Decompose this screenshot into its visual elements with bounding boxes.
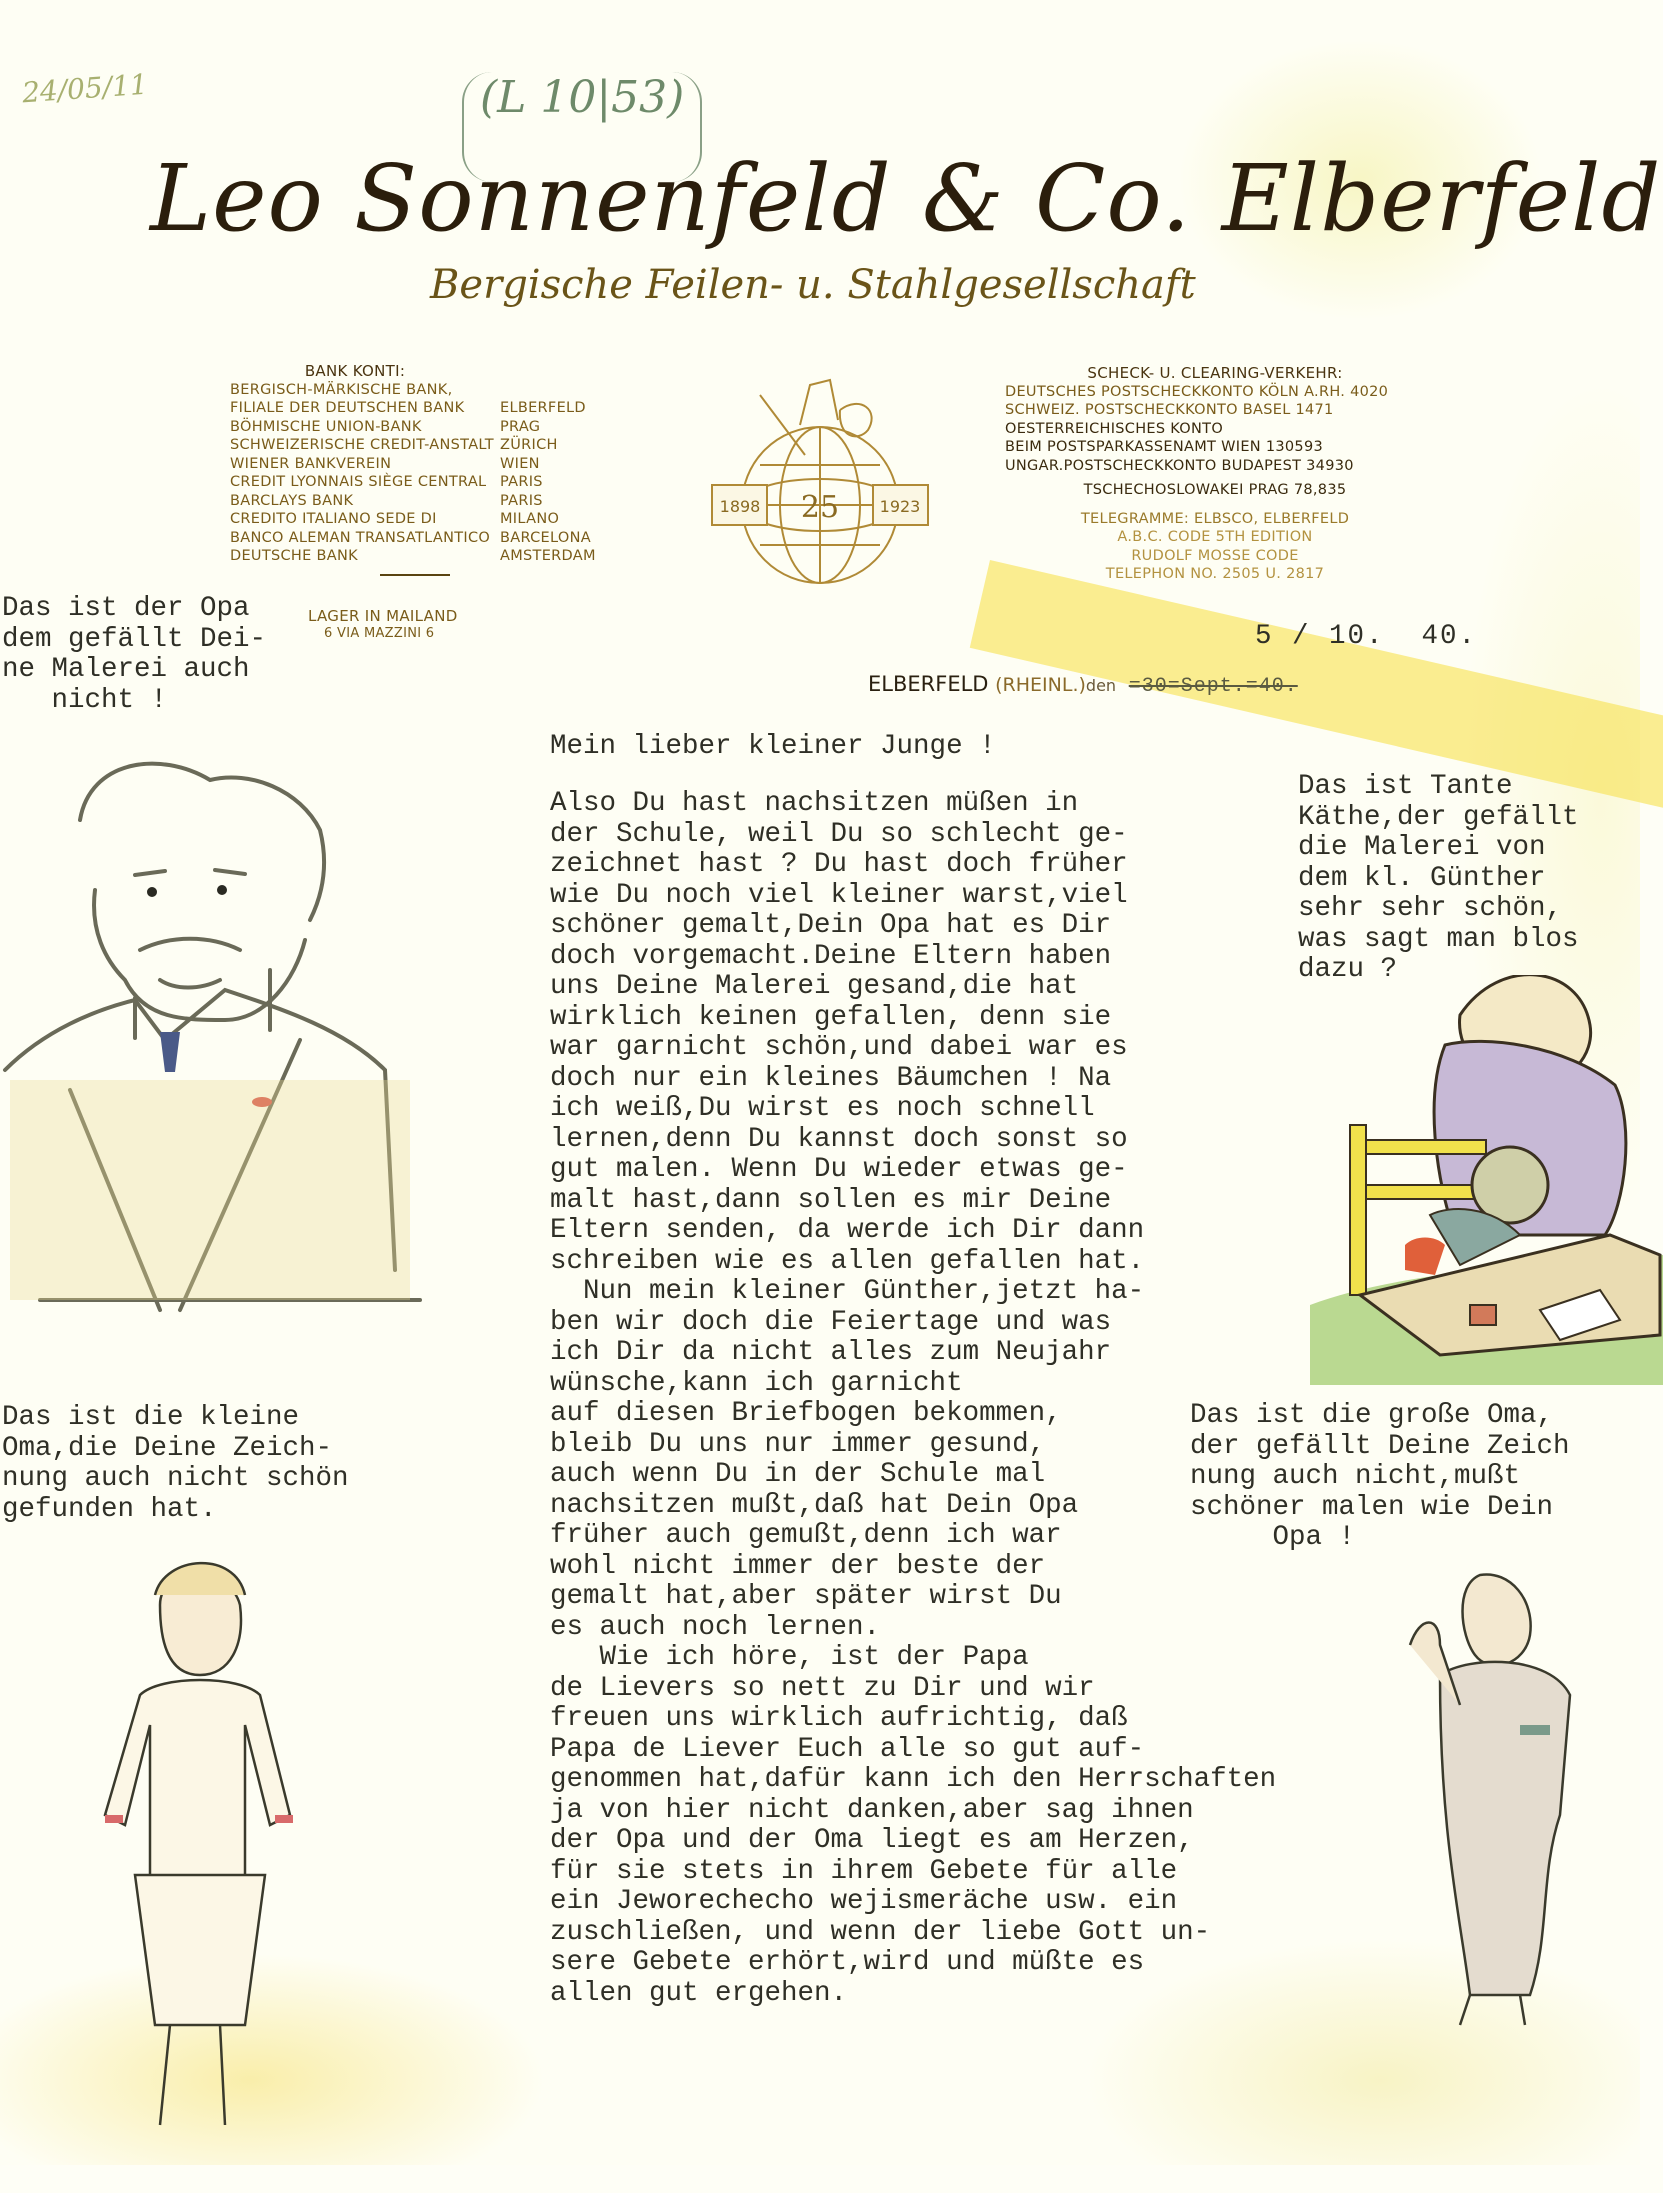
letter-line: sere Gebete erhört,wird und müßte es: [550, 1948, 1276, 1979]
bank-name: BANCO ALEMAN TRANSATLANTICO: [230, 529, 500, 548]
letter-line: wirklich keinen gefallen, denn sie: [550, 1003, 1276, 1034]
letter-line: genommen hat,dafür kann ich den Herrscha…: [550, 1765, 1276, 1796]
bank-city: PARIS: [500, 473, 543, 492]
opa-portrait-drawing: [0, 740, 450, 1320]
bank-name: WIENER BANKVEREIN: [230, 455, 500, 474]
bank-city: ZÜRICH: [500, 436, 558, 455]
letter-line: allen gut ergehen.: [550, 1979, 1276, 2010]
letter-line: wünsche,kann ich garnicht: [550, 1369, 1276, 1400]
company-subtitle: Bergische Feilen- u. Stahlgesellschaft: [430, 262, 1196, 308]
company-name: Leo Sonnenfeld & Co. Elberfeld: [150, 145, 1661, 252]
letter-line: früher auch gemußt,denn ich war: [550, 1521, 1276, 1552]
caption-line: die Malerei von: [1298, 833, 1579, 864]
letter-line: auf diesen Briefbogen bekommen,: [550, 1399, 1276, 1430]
clearing-row: OESTERREICHISCHES KONTO: [1005, 420, 1425, 439]
letter-line: bleib Du uns nur immer gesund,: [550, 1430, 1276, 1461]
warehouse-line-2: 6 VIA MAZZINI 6: [308, 625, 458, 643]
letter-line: de Lievers so nett zu Dir und wir: [550, 1674, 1276, 1705]
grosse-oma-drawing: [1370, 1565, 1590, 2035]
bank-name: DEUTSCHE BANK: [230, 547, 500, 566]
bank-row: BERGISCH-MÄRKISCHE BANK,: [230, 381, 630, 400]
letter-line: auch wenn Du in der Schule mal: [550, 1460, 1276, 1491]
caption-opa: Das ist der Opadem gefällt Dei-ne Malere…: [2, 594, 266, 716]
caption-line: dem gefällt Dei-: [2, 625, 266, 656]
letter-line: zeichnet hast ? Du hast doch früher: [550, 850, 1276, 881]
letter-line: Nun mein kleiner Günther,jetzt ha-: [550, 1277, 1276, 1308]
letter-line: der Schule, weil Du so schlecht ge-: [550, 820, 1276, 851]
letter-line: der Opa und der Oma liegt es am Herzen,: [550, 1826, 1276, 1857]
bank-name: CREDIT LYONNAIS SIÈGE CENTRAL: [230, 473, 500, 492]
divider: [380, 574, 450, 576]
clearing-row: BEIM POSTSPARKASSENAMT WIEN 130593: [1005, 438, 1425, 457]
caption-line: Das ist Tante: [1298, 772, 1579, 803]
caption-line: Oma,die Deine Zeich-: [2, 1434, 349, 1465]
letter-line: ja von hier nicht danken,aber sag ihnen: [550, 1796, 1276, 1827]
place-date-line: ELBERFELD (RHEINL.)den =30=Sept.=40.: [868, 672, 1298, 698]
letter-line: Also Du hast nachsitzen müßen in: [550, 789, 1276, 820]
caption-line: was sagt man blos: [1298, 925, 1579, 956]
letter-line: gut malen. Wenn Du wieder etwas ge-: [550, 1155, 1276, 1186]
bank-name: FILIALE DER DEUTSCHEN BANK: [230, 399, 500, 418]
code-row: A.B.C. CODE 5th EDITION: [1005, 528, 1425, 547]
typed-date: 5 / 10. 40.: [1255, 622, 1477, 653]
letter-line: für sie stets in ihrem Gebete für alle: [550, 1857, 1276, 1888]
letter-line: schöner gemalt,Dein Opa hat es Dir: [550, 911, 1276, 942]
caption-tante-kaethe: Das ist TanteKäthe,der gefälltdie Malere…: [1298, 772, 1579, 986]
caption-line: nung auch nicht schön: [2, 1464, 349, 1495]
letter-line: Eltern senden, da werde ich Dir dann: [550, 1216, 1276, 1247]
letter-line: ich weiß,Du wirst es noch schnell: [550, 1094, 1276, 1125]
letter-line: Papa de Liever Euch alle so gut auf-: [550, 1735, 1276, 1766]
bank-row: BARCLAYS BANKPARIS: [230, 492, 630, 511]
letter-line: ich Dir da nicht alles zum Neujahr: [550, 1338, 1276, 1369]
tante-kaethe-drawing: [1310, 975, 1663, 1385]
bank-name: BÖHMISCHE UNION-BANK: [230, 418, 500, 437]
logo-anniversary: 25: [801, 490, 839, 525]
warehouse-line-1: LAGER IN MAILAND: [308, 607, 458, 625]
letter-line: wohl nicht immer der beste der: [550, 1552, 1276, 1583]
letter-line: lernen,denn Du kannst doch sonst so: [550, 1125, 1276, 1156]
caption-line: sehr sehr schön,: [1298, 894, 1579, 925]
letter-line: Wie ich höre, ist der Papa: [550, 1643, 1276, 1674]
letter-line: war garnicht schön,und dabei war es: [550, 1033, 1276, 1064]
letter-line: ein Jeworechecho wejismeräche usw. ein: [550, 1887, 1276, 1918]
clearing-row: DEUTSCHES POSTSCHECKKONTO KÖLN a.RH. 402…: [1005, 383, 1425, 402]
logo-year-right: 1923: [880, 497, 921, 516]
clearing-row: SCHWEIZ. POSTSCHECKKONTO BASEL 1471: [1005, 401, 1425, 420]
bank-city: MILANO: [500, 510, 559, 529]
bank-row: FILIALE DER DEUTSCHEN BANKELBERFELD: [230, 399, 630, 418]
caption-kleine-oma: Das ist die kleineOma,die Deine Zeich-nu…: [2, 1403, 349, 1525]
bank-city: PARIS: [500, 492, 543, 511]
code-row: TELEPHON No. 2505 u. 2817: [1005, 565, 1425, 584]
letter-line: uns Deine Malerei gesand,die hat: [550, 972, 1276, 1003]
bank-row: BANCO ALEMAN TRANSATLANTICOBARCELONA: [230, 529, 630, 548]
letter-body: Also Du hast nachsitzen müßen inder Schu…: [550, 789, 1276, 2009]
letter-line: doch vorgemacht.Deine Eltern haben: [550, 942, 1276, 973]
letter-line: nachsitzen mußt,daß hat Dein Opa: [550, 1491, 1276, 1522]
warehouse-address: LAGER IN MAILAND 6 VIA MAZZINI 6: [308, 607, 458, 643]
clearing-heading: SCHECK- u. CLEARING-VERKEHR:: [1005, 364, 1425, 383]
bank-city: BARCELONA: [500, 529, 591, 548]
letter-line: ben wir doch die Feiertage und was: [550, 1308, 1276, 1339]
clearing-accounts: SCHECK- u. CLEARING-VERKEHR: DEUTSCHES P…: [1005, 364, 1425, 584]
caption-line: Das ist die kleine: [2, 1403, 349, 1434]
letter-line: schreiben wie es allen gefallen hat.: [550, 1247, 1276, 1278]
telegram-address: TELEGRAMME: ELBSCO, ELBERFELD: [1005, 510, 1425, 529]
letter-line: es auch noch lernen.: [550, 1613, 1276, 1644]
caption-line: Käthe,der gefällt: [1298, 803, 1579, 834]
bank-row: WIENER BANKVEREINWIEN: [230, 455, 630, 474]
globe-logo-icon: 1898 1923 25: [700, 355, 940, 595]
bank-row: BÖHMISCHE UNION-BANKPRAG: [230, 418, 630, 437]
place-city: ELBERFELD: [868, 672, 988, 696]
clearing-row: UNGAR.POSTSCHECKKONTO BUDAPEST 34930: [1005, 457, 1425, 476]
kleine-oma-drawing: [80, 1545, 320, 2145]
letter-line: gemalt hat,aber später wirst Du: [550, 1582, 1276, 1613]
caption-line: ne Malerei auch: [2, 655, 266, 686]
bank-name: BERGISCH-MÄRKISCHE BANK,: [230, 381, 500, 400]
caption-line: gefunden hat.: [2, 1495, 349, 1526]
salutation: Mein lieber kleiner Junge !: [550, 732, 996, 763]
place-den: den: [1086, 676, 1116, 695]
bank-name: SCHWEIZERISCHE CREDIT-ANSTALT: [230, 436, 500, 455]
code-row: RUDOLF MOSSE CODE: [1005, 547, 1425, 566]
bank-accounts: BANK KONTI: BERGISCH-MÄRKISCHE BANK,FILI…: [230, 362, 630, 576]
caption-line: nicht !: [2, 686, 266, 717]
logo-year-left: 1898: [720, 497, 761, 516]
letter-line: malt hast,dann sollen es mir Deine: [550, 1186, 1276, 1217]
clearing-czech: TSCHECHOSLOWAKEI PRAG 78,835: [1005, 481, 1425, 500]
bank-city: WIEN: [500, 455, 540, 474]
caption-line: dem kl. Günther: [1298, 864, 1579, 895]
struck-out-date: =30=Sept.=40.: [1129, 675, 1298, 698]
letter-line: wie Du noch viel kleiner warst,viel: [550, 881, 1276, 912]
bank-name: CREDITO ITALIANO SEDE DI: [230, 510, 500, 529]
caption-line: Das ist der Opa: [2, 594, 266, 625]
letter-line: freuen uns wirklich aufrichtig, daß: [550, 1704, 1276, 1735]
bank-row: DEUTSCHE BANKAMSTERDAM: [230, 547, 630, 566]
place-region: (RHEINL.): [995, 674, 1086, 696]
bank-name: BARCLAYS BANK: [230, 492, 500, 511]
bank-city: AMSTERDAM: [500, 547, 596, 566]
bank-accounts-heading: BANK KONTI:: [230, 362, 480, 381]
bank-city: PRAG: [500, 418, 540, 437]
bank-row: CREDIT LYONNAIS SIÈGE CENTRALPARIS: [230, 473, 630, 492]
letter-line: doch nur ein kleines Bäumchen ! Na: [550, 1064, 1276, 1095]
letter-line: zuschließen, und wenn der liebe Gott un-: [550, 1918, 1276, 1949]
bank-city: ELBERFELD: [500, 399, 586, 418]
bank-row: SCHWEIZERISCHE CREDIT-ANSTALTZÜRICH: [230, 436, 630, 455]
bank-row: CREDITO ITALIANO SEDE DIMILANO: [230, 510, 630, 529]
